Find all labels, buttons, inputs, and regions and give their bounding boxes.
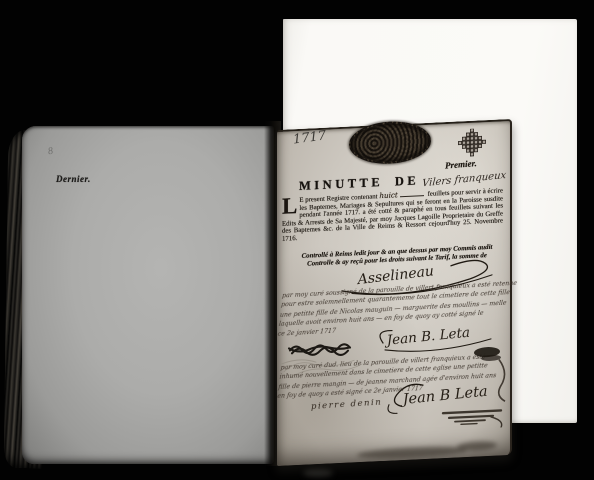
verso-blank-page: 8 Dernier. xyxy=(22,126,274,464)
blank-rule xyxy=(400,189,424,197)
page-bottom-smudge xyxy=(457,441,497,452)
recto-manuscript-page: 1717 Premier. MINUTTE DEVilers franqueux… xyxy=(277,119,512,466)
page-bottom-smudge xyxy=(357,445,467,460)
dernier-label: Dernier. xyxy=(56,174,91,184)
underline-flourish-hatch xyxy=(441,407,505,430)
priest-signature-1: Jean B. Leta xyxy=(383,325,470,350)
drop-cap: L xyxy=(282,196,297,216)
witness-signature: pierre denin xyxy=(311,397,382,412)
handwritten-folio-count: huict xyxy=(379,190,397,200)
signature-swirl xyxy=(388,404,397,413)
stray-smudge xyxy=(303,469,333,477)
priest-signature-2: Jean B Leta xyxy=(399,384,488,409)
ink-stamp-icon xyxy=(349,120,431,166)
year-annotation: 1717 xyxy=(292,128,326,147)
pencil-corner-mark: 8 xyxy=(47,146,54,158)
fleuron-ornament-icon xyxy=(455,128,489,160)
archival-scan-background: 8 Dernier. 1717 Premier. MINUTTE DEViler… xyxy=(0,0,594,480)
printed-register-notice: LE present Registre contenant huict feui… xyxy=(282,185,503,242)
